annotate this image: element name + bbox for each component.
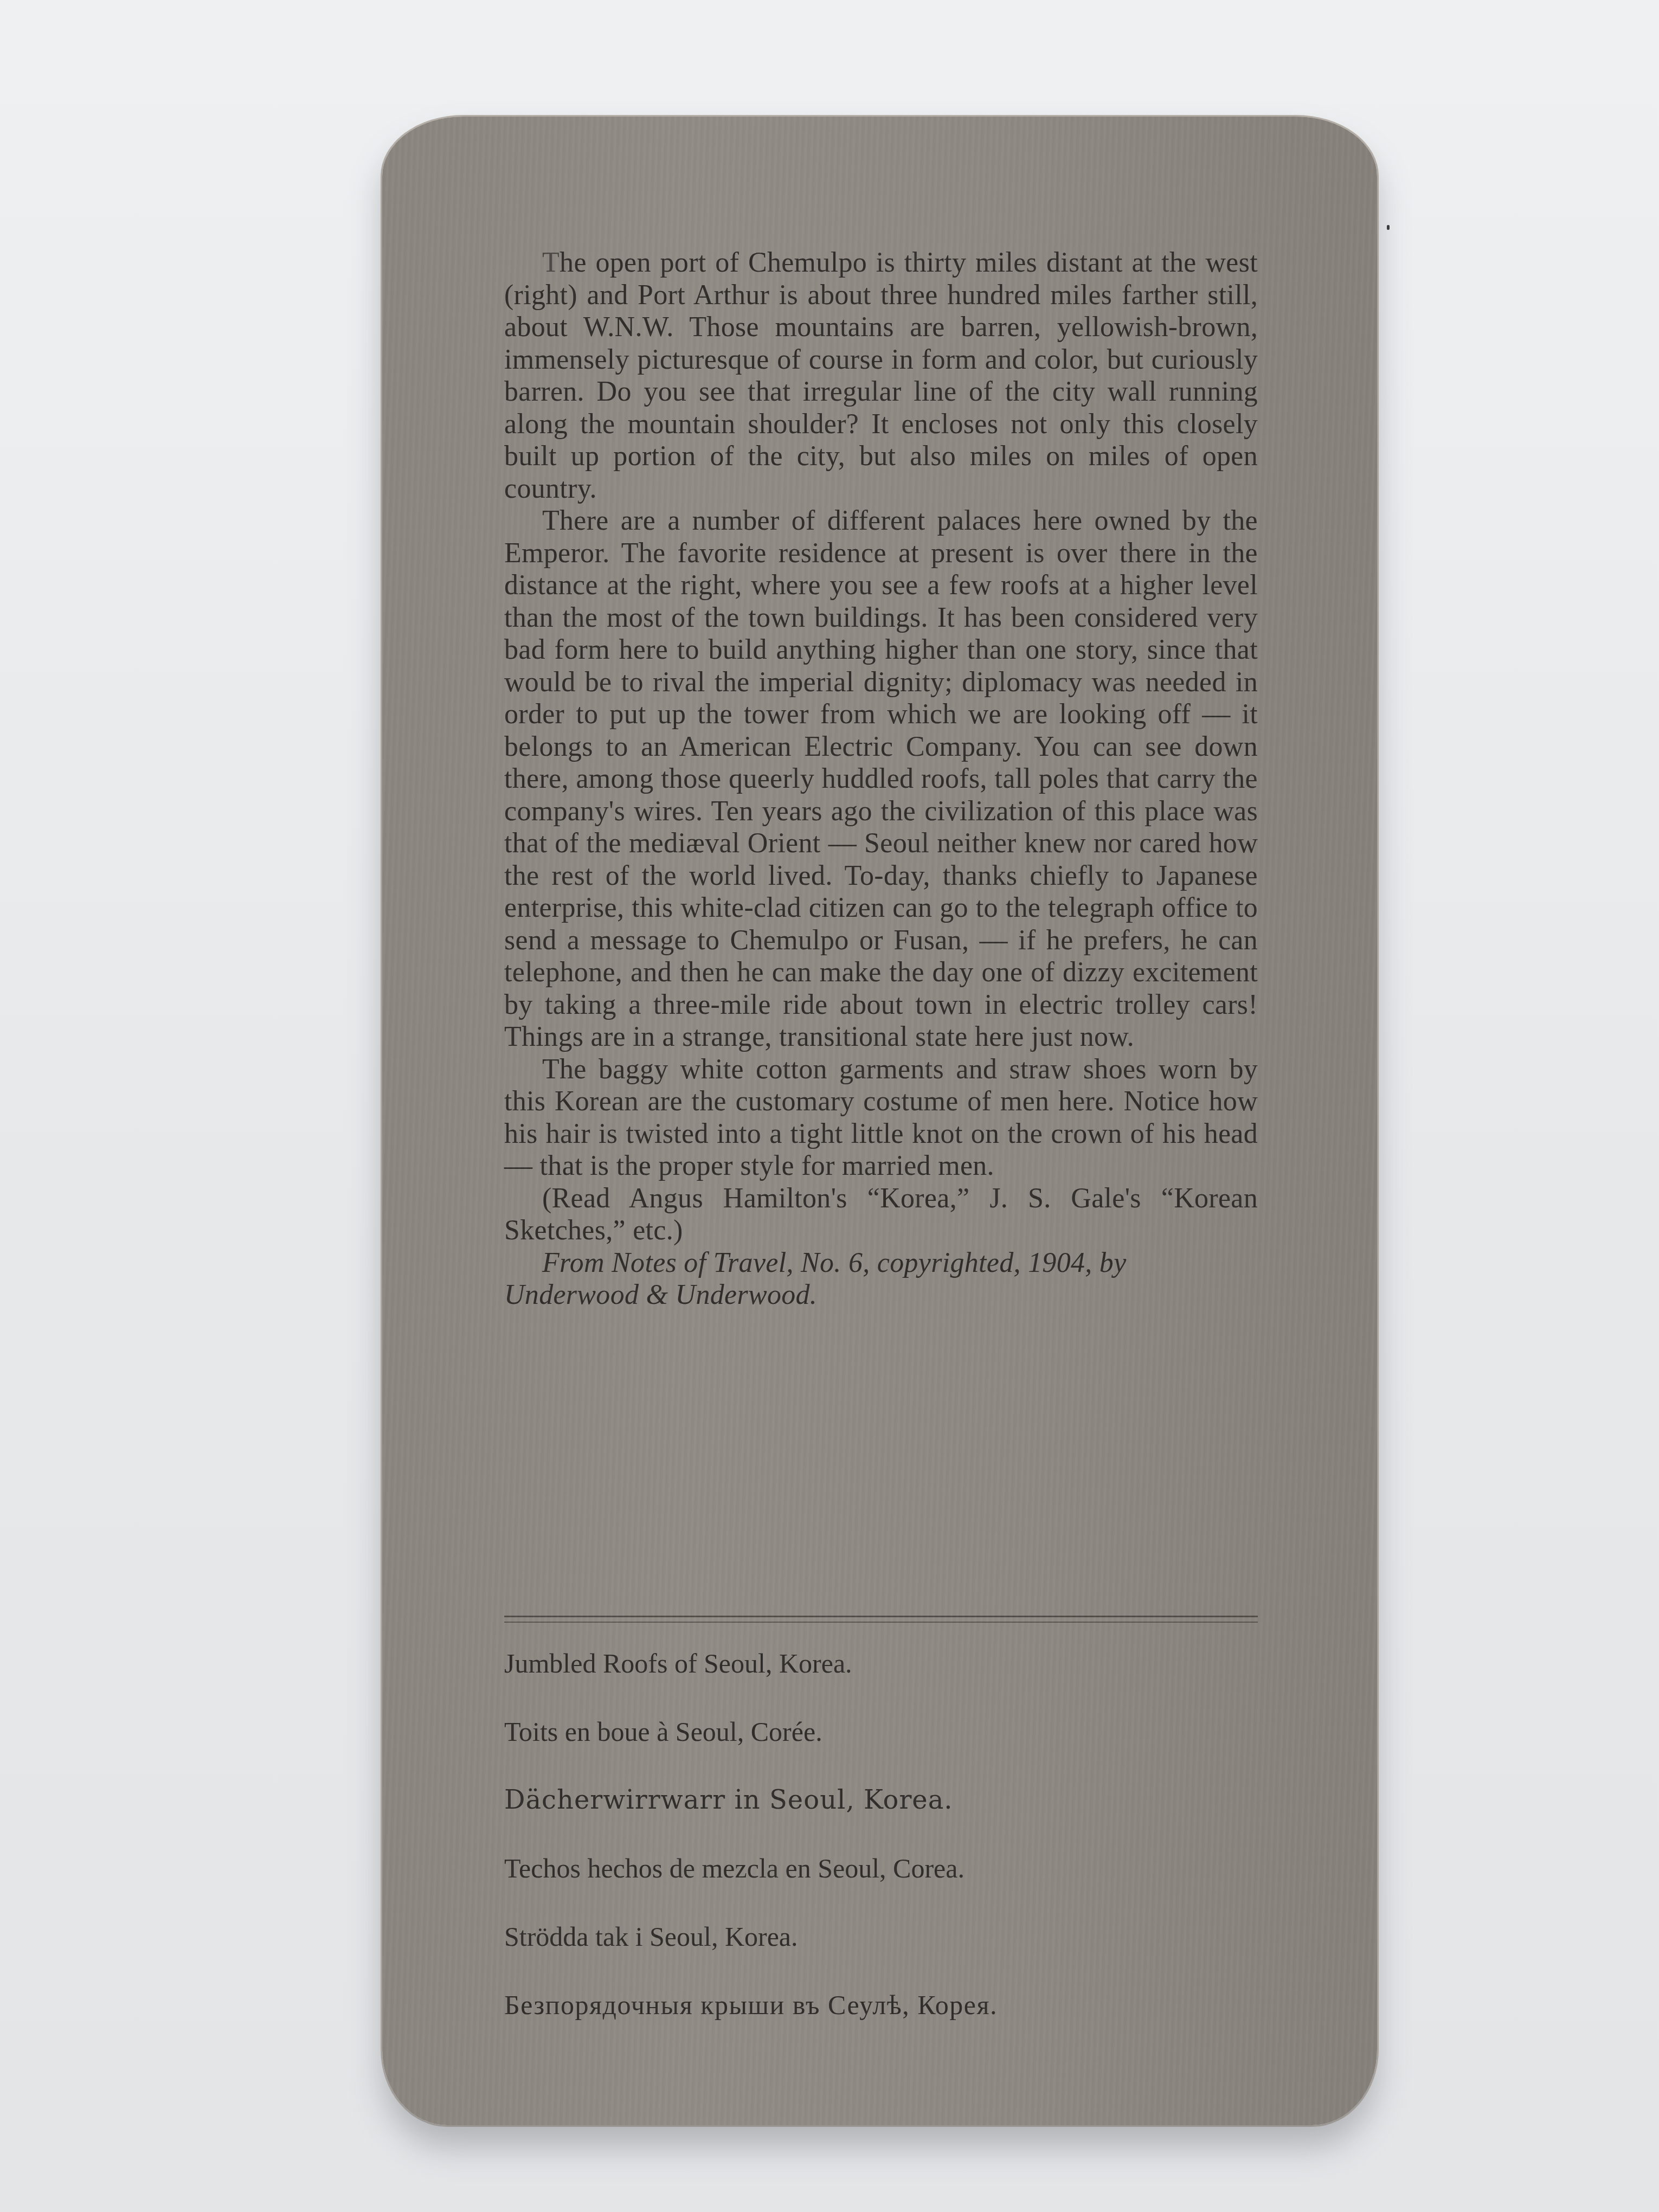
title-french: Toits en boue à Seoul, Corée. <box>504 1697 1263 1766</box>
double-rule-divider <box>504 1616 1258 1623</box>
copyright-credit: From Notes of Travel, No. 6, copyrighted… <box>504 1247 1258 1311</box>
paragraph-chemulpo: The open port of Chemulpo is thirty mile… <box>504 247 1258 505</box>
title-german: Dächerwirrwarr in Seoul, Korea. <box>504 1766 1263 1834</box>
paragraph-palaces: There are a number of different palaces … <box>504 505 1258 1053</box>
title-swedish: Strödda tak i Seoul, Korea. <box>504 1902 1263 1971</box>
title-russian: Безпорядочныя крыши въ Сеулѣ, Корея. <box>504 1971 1263 2039</box>
description-text: The open port of Chemulpo is thirty mile… <box>504 247 1258 1311</box>
title-spanish: Techos hechos de mezcla en Seoul, Corea. <box>504 1834 1263 1902</box>
paragraph-costume: The baggy white cotton garments and stra… <box>504 1053 1258 1182</box>
title-english: Jumbled Roofs of Seoul, Korea. <box>504 1629 1263 1697</box>
dust-speck <box>1387 225 1390 230</box>
multilingual-titles: Jumbled Roofs of Seoul, Korea. Toits en … <box>504 1629 1263 2039</box>
stereograph-card: The open port of Chemulpo is thirty mile… <box>382 117 1377 2125</box>
reading-suggestion: (Read Angus Hamilton's “Korea,” J. S. Ga… <box>504 1182 1258 1247</box>
